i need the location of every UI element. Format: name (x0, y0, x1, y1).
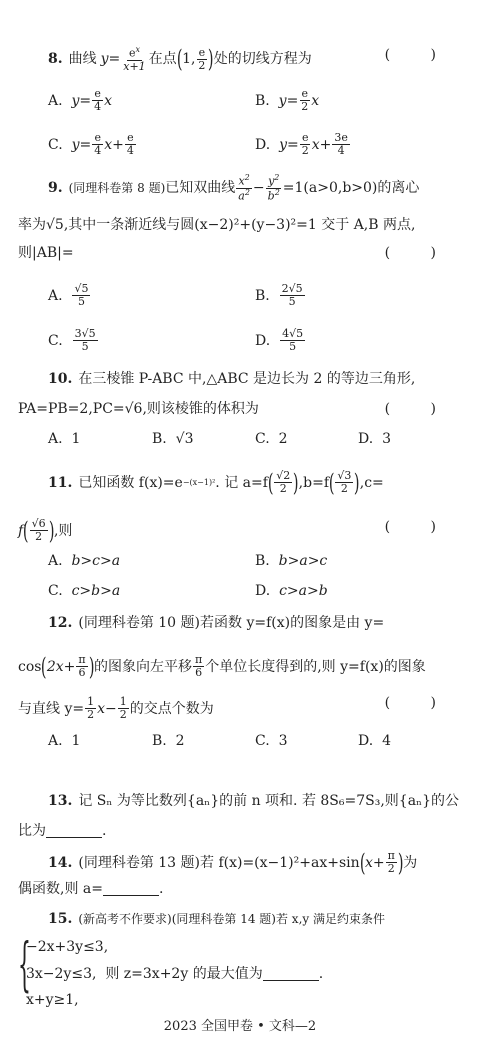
answer-bracket: ( ) (385, 246, 454, 260)
option-c: C. 3 (255, 734, 288, 748)
option-b: B. 2 (152, 734, 185, 748)
question-12-line2: cos (2x+ π6) 的图象向左平移 π6 个单位长度得到的,则 y=f(x… (18, 654, 426, 679)
option-b: B. √3 (152, 432, 193, 446)
option-b: B. y= e2 x (255, 88, 319, 113)
option-d: D. 3 (358, 432, 391, 446)
question-9-line3: 则|AB|= (18, 246, 74, 260)
question-8-stem: 8. 曲线 y= ex x+1 在点 (1, e2 ) 处的切线方程为 (48, 46, 312, 73)
question-12-line3: 与直线 y= 12 x− 12 的交点个数为 (18, 696, 214, 721)
question-11-line2: f (√62) ,则 (18, 518, 72, 543)
option-d: D. 4 (358, 734, 391, 748)
option-a: A. 1 (48, 432, 80, 446)
question-14-stem: 14. (同理科卷第 13 题)若 f(x)=(x−1)²+ax+sin (x+… (48, 850, 417, 875)
question-10-line2: PA=PB=2,PC=√6,则该棱锥的体积为 (18, 402, 259, 416)
question-13-stem: 13. 记 Sₙ 为等比数列{aₙ}的前 n 项和. 若 8S₆=7S₃,则{a… (48, 794, 459, 808)
option-b: B. 2√55 (255, 283, 306, 308)
option-d: D. 4√55 (255, 328, 306, 353)
fraction: ex x+1 (121, 46, 147, 73)
answer-blank[interactable] (103, 883, 159, 896)
option-d: D. y= e2 x+ 3e4 (255, 132, 351, 157)
answer-bracket: ( ) (385, 520, 454, 534)
answer-blank[interactable] (46, 825, 102, 838)
answer-bracket: ( ) (385, 402, 454, 416)
constraint-1: −2x+3y≤3, (26, 940, 108, 954)
option-c: C. 2 (255, 432, 288, 446)
option-c: C. y= e4 x+ e4 (48, 132, 137, 157)
question-14-line2: 偶函数,则 a=. (18, 882, 163, 896)
constraint-3: x+y≥1, (26, 993, 79, 1007)
option-c: C. c>b>a (48, 584, 120, 598)
option-d: D. c>a>b (255, 584, 328, 598)
option-a: A. y= e4 x (48, 88, 112, 113)
question-10-stem: 10. 在三棱锥 P-ABC 中,△ABC 是边长为 2 的等边三角形, (48, 372, 415, 386)
question-11-stem: 11. 已知函数 f(x)=e−(x−1)² . 记 a=f (√22) ,b=… (48, 470, 384, 495)
question-13-line2: 比为. (18, 824, 106, 838)
answer-bracket: ( ) (385, 696, 454, 710)
option-a: A. √55 (48, 283, 91, 308)
question-number: 8. (48, 52, 63, 66)
page-footer: 2023 全国甲卷 • 文科—2 (0, 1015, 480, 1034)
option-a: A. b>c>a (48, 554, 120, 568)
option-a: A. 1 (48, 734, 80, 748)
option-b: B. b>a>c (255, 554, 327, 568)
question-12-stem: 12. (同理科卷第 10 题)若函数 y=f(x)的图象是由 y= (48, 616, 384, 630)
constraint-2: 3x−2y≤3, 则 z=3x+2y 的最大值为. (26, 967, 323, 981)
option-c: C. 3√55 (48, 328, 99, 353)
answer-blank[interactable] (263, 968, 319, 981)
question-15-stem: 15. (新高考不作要求)(同理科卷第 14 题)若 x,y 满足约束条件 (48, 912, 385, 926)
answer-bracket: ( ) (385, 48, 454, 62)
question-9-line2: 率为√5,其中一条渐近线与圆(x−2)²+(y−3)²=1 交于 A,B 两点, (18, 218, 415, 232)
question-9-stem: 9. (同理科卷第 8 题) 已知双曲线 x2a2 − y2b2 =1(a>0,… (48, 174, 419, 203)
